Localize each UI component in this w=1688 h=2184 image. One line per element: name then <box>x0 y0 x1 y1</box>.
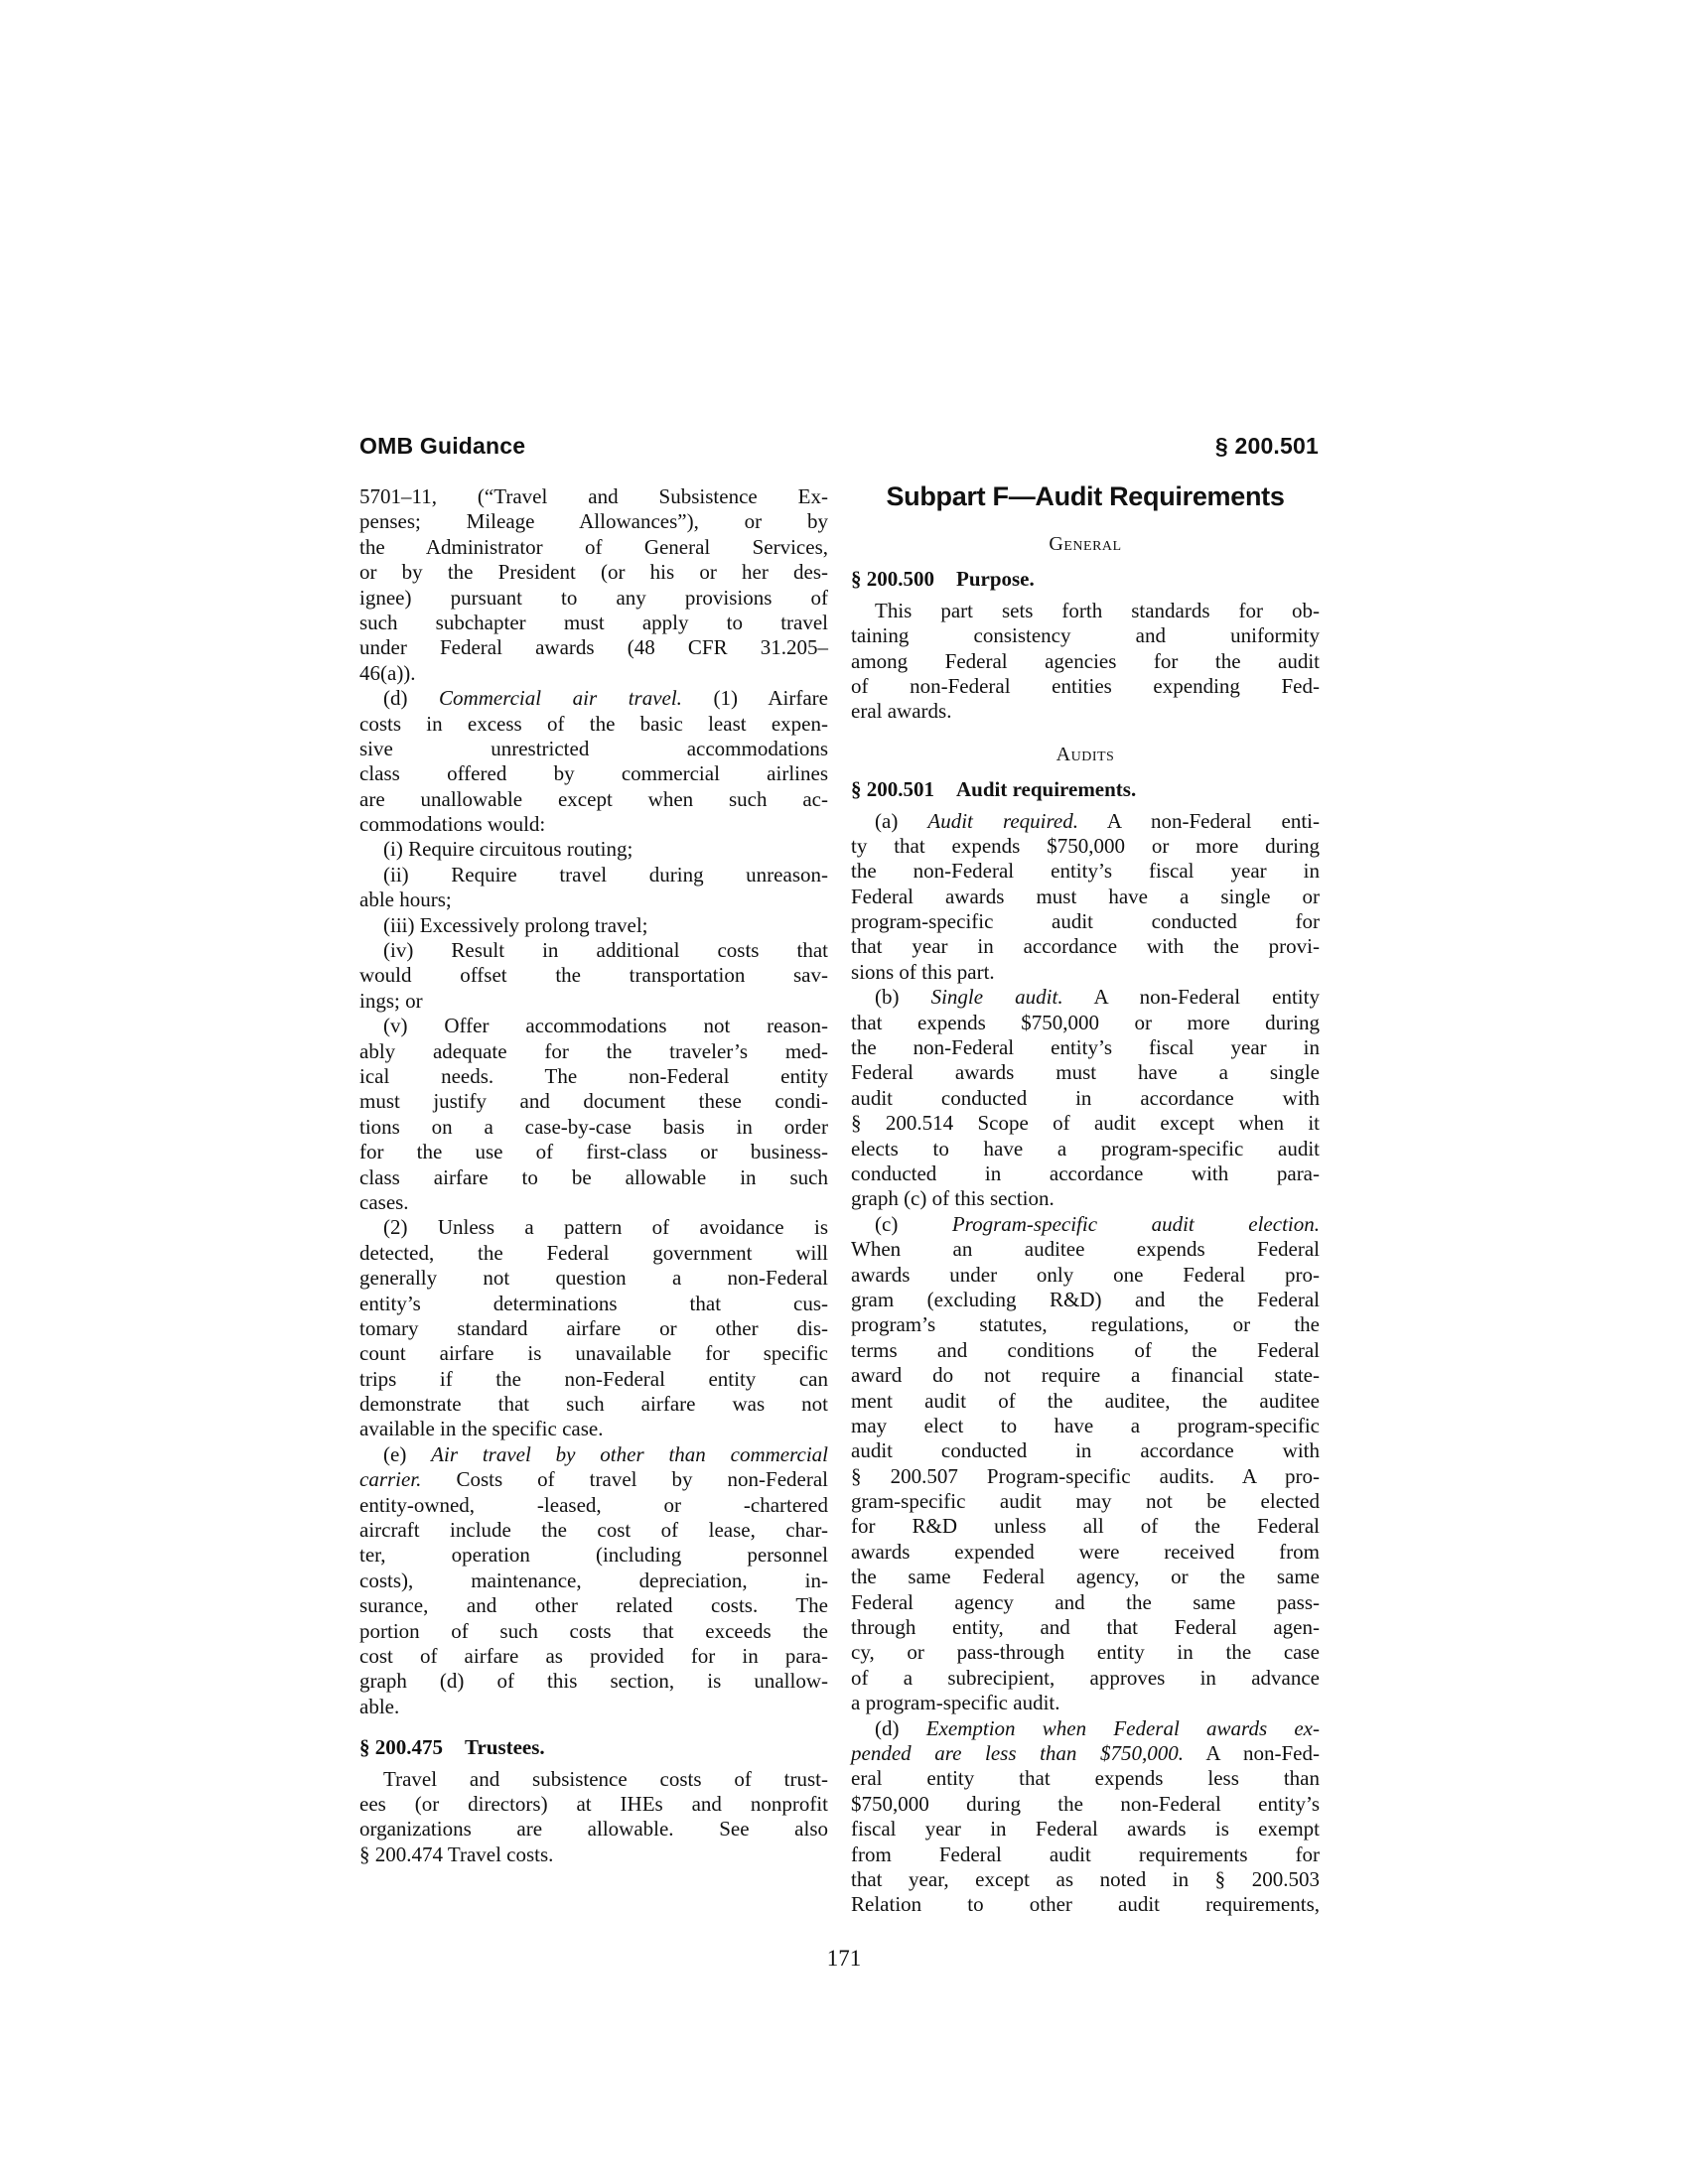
text-line: able hours; <box>359 887 828 912</box>
text-line: entity-owned, -leased, or -chartered <box>359 1493 828 1518</box>
text-line: that year in accordance with the provi- <box>851 934 1320 959</box>
text-line: able. <box>359 1695 828 1719</box>
general-heading: General <box>851 532 1320 557</box>
text-line: ings; or <box>359 989 828 1014</box>
section-title: Trustees. <box>465 1735 545 1759</box>
text-line: cost of airfare as provided for in para- <box>359 1644 828 1669</box>
text-line: award do not require a financial state- <box>851 1363 1320 1388</box>
text-line: of a subrecipient, approves in advance <box>851 1666 1320 1691</box>
text-line: commodations would: <box>359 812 828 837</box>
text-line: portion of such costs that exceeds the <box>359 1619 828 1644</box>
document-page: OMB Guidance § 200.501 5701–11, (“Travel… <box>0 0 1688 2184</box>
text-line: entity’s determinations that cus- <box>359 1292 828 1316</box>
audits-heading: Audits <box>851 743 1320 767</box>
text-line: cy, or pass-through entity in the case <box>851 1640 1320 1665</box>
text-line: conducted in accordance with para- <box>851 1161 1320 1186</box>
text-line: (ii) Require travel during unreason- <box>359 863 828 887</box>
italic-run-in-heading: Single audit. <box>931 985 1063 1009</box>
text-line: for the use of first-class or business- <box>359 1140 828 1164</box>
text-line: a program-specific audit. <box>851 1691 1320 1715</box>
text-line: § 200.474 Travel costs. <box>359 1843 828 1867</box>
text-line: audit conducted in accordance with <box>851 1086 1320 1111</box>
italic-run-in-heading: Exemption when Federal awards ex- <box>926 1716 1320 1740</box>
text-line: (v) Offer accommodations not reason- <box>359 1014 828 1038</box>
section-title: Audit requirements. <box>956 777 1136 801</box>
text-line: aircraft include the cost of lease, char… <box>359 1518 828 1543</box>
text-line: or by the President (or his or her des- <box>359 560 828 585</box>
text-line: would offset the transportation sav- <box>359 963 828 988</box>
section-heading-200-500: § 200.500Purpose. <box>851 567 1320 592</box>
text-line: § 200.514 Scope of audit except when it <box>851 1111 1320 1136</box>
text-line: graph (d) of this section, is unallow- <box>359 1669 828 1694</box>
text-line: graph (c) of this section. <box>851 1186 1320 1211</box>
section-200-501-body: (a) Audit required. A non-Federal enti-t… <box>851 809 1320 1918</box>
text-line: must justify and document these condi- <box>359 1089 828 1114</box>
text-line: through entity, and that Federal agen- <box>851 1615 1320 1640</box>
text-line: carrier. Costs of travel by non-Federal <box>359 1467 828 1492</box>
left-column: 5701–11, (“Travel and Subsistence Ex-pen… <box>359 484 828 1867</box>
italic-run-in-heading: pended are less than $750,000. <box>851 1741 1184 1765</box>
text-line: ter, operation (including personnel <box>359 1543 828 1568</box>
subpart-title: Subpart F—Audit Requirements <box>851 484 1320 518</box>
text-line: class airfare to be allowable in such <box>359 1165 828 1190</box>
running-head-left: OMB Guidance <box>359 433 525 460</box>
text-line: (b) Single audit. A non-Federal entity <box>851 985 1320 1010</box>
text-line: tomary standard airfare or other dis- <box>359 1316 828 1341</box>
text-line: gram (excluding R&D) and the Federal <box>851 1288 1320 1312</box>
text-line: may elect to have a program-specific <box>851 1414 1320 1438</box>
section-200-475-body: Travel and subsistence costs of trust-ee… <box>359 1767 828 1868</box>
text-line: 46(a)). <box>359 661 828 686</box>
text-line: (i) Require circuitous routing; <box>359 837 828 862</box>
text-line: fiscal year in Federal awards is exempt <box>851 1817 1320 1842</box>
text-line: cases. <box>359 1190 828 1215</box>
text-line: awards expended were received from <box>851 1540 1320 1565</box>
italic-run-in-heading: Air travel by other than commercial <box>431 1442 828 1466</box>
text-line: eral entity that expends less than <box>851 1766 1320 1791</box>
text-line: ical needs. The non-Federal entity <box>359 1064 828 1089</box>
text-line: This part sets forth standards for ob- <box>851 599 1320 623</box>
section-title: Purpose. <box>956 567 1035 591</box>
text-line: terms and conditions of the Federal <box>851 1338 1320 1363</box>
section-200-500-body: This part sets forth standards for ob-ta… <box>851 599 1320 725</box>
text-line: detected, the Federal government will <box>359 1241 828 1266</box>
text-line: ment audit of the auditee, the auditee <box>851 1389 1320 1414</box>
text-line: that year, except as noted in § 200.503 <box>851 1867 1320 1892</box>
text-line: gram-specific audit may not be elected <box>851 1489 1320 1514</box>
text-line: (d) Commercial air travel. (1) Airfare <box>359 686 828 711</box>
text-line: ably adequate for the traveler’s med- <box>359 1039 828 1064</box>
text-line: among Federal agencies for the audit <box>851 649 1320 674</box>
text-line: ty that expends $750,000 or more during <box>851 834 1320 859</box>
text-line: of non-Federal entities expending Fed- <box>851 674 1320 699</box>
italic-run-in-heading: Program-specific audit election. <box>952 1212 1320 1236</box>
text-line: (iv) Result in additional costs that <box>359 938 828 963</box>
section-heading-200-501: § 200.501Audit requirements. <box>851 777 1320 802</box>
text-line: Federal awards must have a single or <box>851 885 1320 909</box>
text-line: ees (or directors) at IHEs and nonprofit <box>359 1792 828 1817</box>
text-line: count airfare is unavailable for specifi… <box>359 1341 828 1366</box>
text-line: the non-Federal entity’s fiscal year in <box>851 1035 1320 1060</box>
text-line: (e) Air travel by other than commercial <box>359 1442 828 1467</box>
text-line: sive unrestricted accommodations <box>359 737 828 761</box>
text-line: surance, and other related costs. The <box>359 1593 828 1618</box>
text-line: (a) Audit required. A non-Federal enti- <box>851 809 1320 834</box>
text-line: (c) Program-specific audit election. <box>851 1212 1320 1237</box>
text-line: the same Federal agency, or the same <box>851 1565 1320 1589</box>
text-line: costs), maintenance, depreciation, in- <box>359 1569 828 1593</box>
text-line: 5701–11, (“Travel and Subsistence Ex- <box>359 484 828 509</box>
text-line: demonstrate that such airfare was not <box>359 1392 828 1417</box>
text-line: penses; Mileage Allowances”), or by <box>359 509 828 534</box>
text-line: under Federal awards (48 CFR 31.205– <box>359 635 828 660</box>
right-column: Subpart F—Audit Requirements General § 2… <box>851 484 1320 1918</box>
text-line: available in the specific case. <box>359 1417 828 1441</box>
section-number: § 200.501 <box>851 777 934 801</box>
text-line: pended are less than $750,000. A non-Fed… <box>851 1741 1320 1766</box>
text-line: Relation to other audit requirements, <box>851 1892 1320 1917</box>
text-line: for R&D unless all of the Federal <box>851 1514 1320 1539</box>
section-heading-200-475: § 200.475Trustees. <box>359 1735 828 1760</box>
text-line: costs in excess of the basic least expen… <box>359 712 828 737</box>
text-line: Federal agency and the same pass- <box>851 1590 1320 1615</box>
text-line: (d) Exemption when Federal awards ex- <box>851 1716 1320 1741</box>
text-line: (2) Unless a pattern of avoidance is <box>359 1215 828 1240</box>
text-line: sions of this part. <box>851 960 1320 985</box>
text-line: organizations are allowable. See also <box>359 1817 828 1842</box>
italic-run-in-heading: Audit required. <box>927 809 1078 833</box>
page-number: 171 <box>0 1946 1688 1972</box>
text-line: tions on a case-by-case basis in order <box>359 1115 828 1140</box>
text-line: elects to have a program-specific audit <box>851 1137 1320 1161</box>
text-line: audit conducted in accordance with <box>851 1438 1320 1463</box>
text-line: are unallowable except when such ac- <box>359 787 828 812</box>
text-line: (iii) Excessively prolong travel; <box>359 913 828 938</box>
text-line: eral awards. <box>851 699 1320 724</box>
text-line: program-specific audit conducted for <box>851 909 1320 934</box>
text-line: such subchapter must apply to travel <box>359 611 828 635</box>
text-line: that expends $750,000 or more during <box>851 1011 1320 1035</box>
text-line: Travel and subsistence costs of trust- <box>359 1767 828 1792</box>
running-head-right: § 200.501 <box>1215 433 1319 460</box>
text-line: the non-Federal entity’s fiscal year in <box>851 859 1320 884</box>
italic-run-in-heading: carrier. <box>359 1467 421 1491</box>
left-column-body: 5701–11, (“Travel and Subsistence Ex-pen… <box>359 484 828 1719</box>
section-number: § 200.475 <box>359 1735 443 1759</box>
text-line: Federal awards must have a single <box>851 1060 1320 1085</box>
text-line: from Federal audit requirements for <box>851 1843 1320 1867</box>
section-number: § 200.500 <box>851 567 934 591</box>
italic-run-in-heading: Commercial air travel. <box>439 686 682 710</box>
text-line: the Administrator of General Services, <box>359 535 828 560</box>
text-line: $750,000 during the non-Federal entity’s <box>851 1792 1320 1817</box>
text-line: ignee) pursuant to any provisions of <box>359 586 828 611</box>
text-line: program’s statutes, regulations, or the <box>851 1312 1320 1337</box>
text-line: trips if the non-Federal entity can <box>359 1367 828 1392</box>
text-line: taining consistency and uniformity <box>851 623 1320 648</box>
text-line: When an auditee expends Federal <box>851 1237 1320 1262</box>
text-line: § 200.507 Program-specific audits. A pro… <box>851 1464 1320 1489</box>
text-line: class offered by commercial airlines <box>359 761 828 786</box>
text-line: generally not question a non-Federal <box>359 1266 828 1291</box>
text-line: awards under only one Federal pro- <box>851 1263 1320 1288</box>
